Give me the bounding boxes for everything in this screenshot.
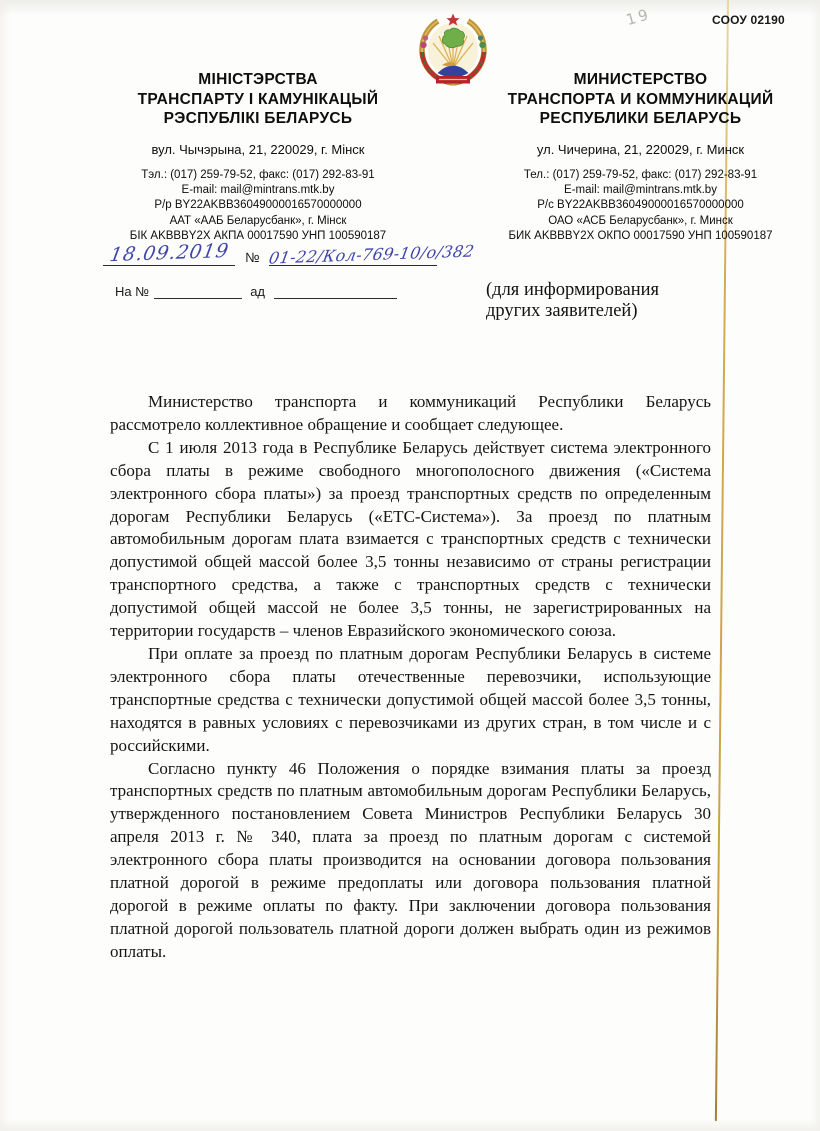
ministry-title-ru: МИНИСТЕРСТВО ТРАНСПОРТА И КОММУНИКАЦИЙ Р…	[473, 70, 808, 129]
registration-codes-ru: БИК AKBBBY2X ОКПО 00017590 УНП 100590187	[473, 229, 808, 244]
handwritten-date: 18.09.2019	[108, 240, 231, 267]
letterhead-belarusian: МІНІСТЭРСТВА ТРАНСПАРТУ І КАМУНІКАЦЫЙ РЭ…	[98, 70, 418, 245]
contacts-ru: Тел.: (017) 259-79-52, факс: (017) 292-8…	[473, 168, 808, 245]
bank-account-ru: Р/с BY22AKBB36049000016570000000	[473, 198, 808, 213]
number-sign: №	[245, 250, 259, 266]
number-underline: 01-22/Кол-769-10/о/382	[269, 245, 437, 266]
body-paragraph-1: Министерство транспорта и коммуникаций Р…	[110, 391, 711, 437]
reply-prefix-label: На №	[115, 284, 149, 299]
blank-underline-date	[274, 285, 397, 299]
ministry-title-ru-line2: ТРАНСПОРТА И КОММУНИКАЦИЙ	[473, 90, 808, 110]
ministry-title-ru-line1: МИНИСТЕРСТВО	[473, 70, 808, 90]
ministry-title-by: МІНІСТЭРСТВА ТРАНСПАРТУ І КАМУНІКАЦЫЙ РЭ…	[98, 70, 418, 129]
phone-fax-by: Тэл.: (017) 259-79-52, факс: (017) 292-8…	[98, 168, 418, 183]
outgoing-reference-line: 18.09.2019 № 01-22/Кол-769-10/о/382	[103, 242, 437, 266]
contacts-by: Тэл.: (017) 259-79-52, факс: (017) 292-8…	[98, 168, 418, 245]
blank-underline-number	[154, 285, 242, 299]
email-by: E-mail: mail@mintrans.mtk.by	[98, 183, 418, 198]
pencil-page-number: 19	[624, 5, 653, 29]
ministry-title-by-line1: МІНІСТЭРСТВА	[98, 70, 418, 90]
date-underline: 18.09.2019	[103, 242, 235, 266]
bank-name-ru: ОАО «АСБ Беларусбанк», г. Минск	[473, 214, 808, 229]
letter-body: Министерство транспорта и коммуникаций Р…	[110, 391, 711, 964]
handwritten-number: 01-22/Кол-769-10/о/382	[268, 241, 477, 268]
routing-note-line2: других заявителей)	[486, 301, 659, 322]
reply-infix-label: ад	[250, 284, 265, 299]
doc-code-stamp: СООУ 02190	[712, 13, 785, 27]
address-ru: ул. Чичерина, 21, 220029, г. Минск	[473, 142, 808, 157]
bank-account-by: Р/р BY22AKBB36049000016570000000	[98, 198, 418, 213]
incoming-reference-line: На № ад	[115, 284, 397, 299]
phone-fax-ru: Тел.: (017) 259-79-52, факс: (017) 292-8…	[473, 168, 808, 183]
address-by: вул. Чычэрына, 21, 220029, г. Мінск	[98, 142, 418, 157]
routing-note-line1: (для информирования	[486, 280, 659, 301]
routing-note: (для информирования других заявителей)	[486, 280, 659, 322]
ministry-title-by-line3: РЭСПУБЛІКІ БЕЛАРУСЬ	[98, 109, 418, 129]
letterhead-russian: МИНИСТЕРСТВО ТРАНСПОРТА И КОММУНИКАЦИЙ Р…	[473, 70, 808, 245]
body-paragraph-4: Согласно пункту 46 Положения о порядке в…	[110, 758, 711, 964]
body-paragraph-2: С 1 июля 2013 года в Республике Беларусь…	[110, 437, 711, 643]
email-ru: E-mail: mail@mintrans.mtk.by	[473, 183, 808, 198]
ministry-title-ru-line3: РЕСПУБЛИКИ БЕЛАРУСЬ	[473, 109, 808, 129]
document-page: 19 СООУ 02190 МІНІСТЭР	[0, 0, 820, 1131]
bank-name-by: ААТ «ААБ Беларусбанк», г. Мінск	[98, 214, 418, 229]
ministry-title-by-line2: ТРАНСПАРТУ І КАМУНІКАЦЫЙ	[98, 90, 418, 110]
body-paragraph-3: При оплате за проезд по платным дорогам …	[110, 643, 711, 758]
